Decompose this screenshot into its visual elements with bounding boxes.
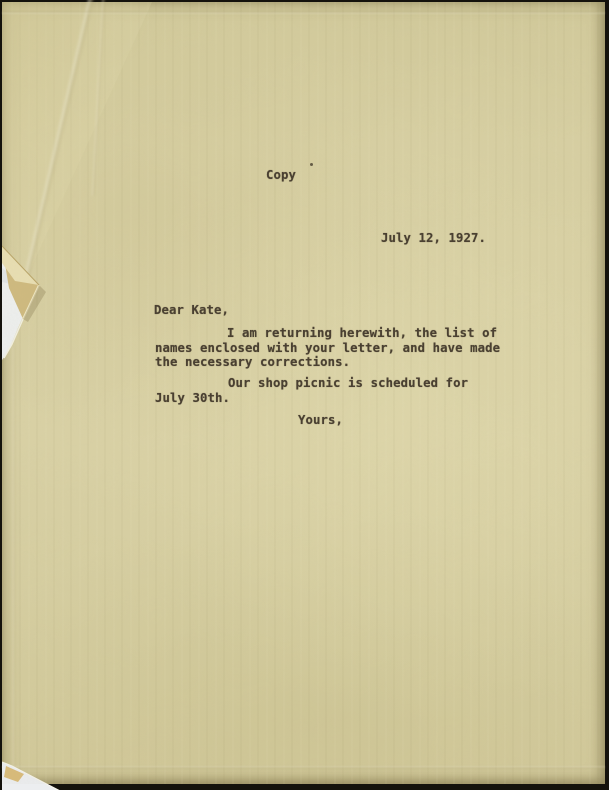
bottom-left-tear — [2, 750, 82, 790]
copy-label: Copy — [266, 168, 296, 182]
date-line: July 12, 1927. — [381, 231, 486, 245]
bottom-crease — [2, 766, 605, 769]
scanned-letter-page: Copy July 12, 1927. Dear Kate, I am retu… — [0, 0, 609, 790]
body-line-4: Our shop picnic is scheduled for — [228, 376, 468, 390]
ink-speck — [310, 163, 313, 166]
body-line-1: I am returning herewith, the list of — [227, 326, 497, 340]
closing: Yours, — [298, 413, 343, 427]
left-edge-crease — [13, 347, 15, 777]
salutation: Dear Kate, — [154, 303, 229, 317]
body-line-2: names enclosed with your letter, and hav… — [155, 341, 500, 355]
body-line-3: the necessary corrections. — [155, 355, 350, 369]
paper-sheet: Copy July 12, 1927. Dear Kate, I am retu… — [2, 2, 605, 784]
left-edge-tear — [2, 232, 64, 364]
body-line-5: July 30th. — [155, 391, 230, 405]
